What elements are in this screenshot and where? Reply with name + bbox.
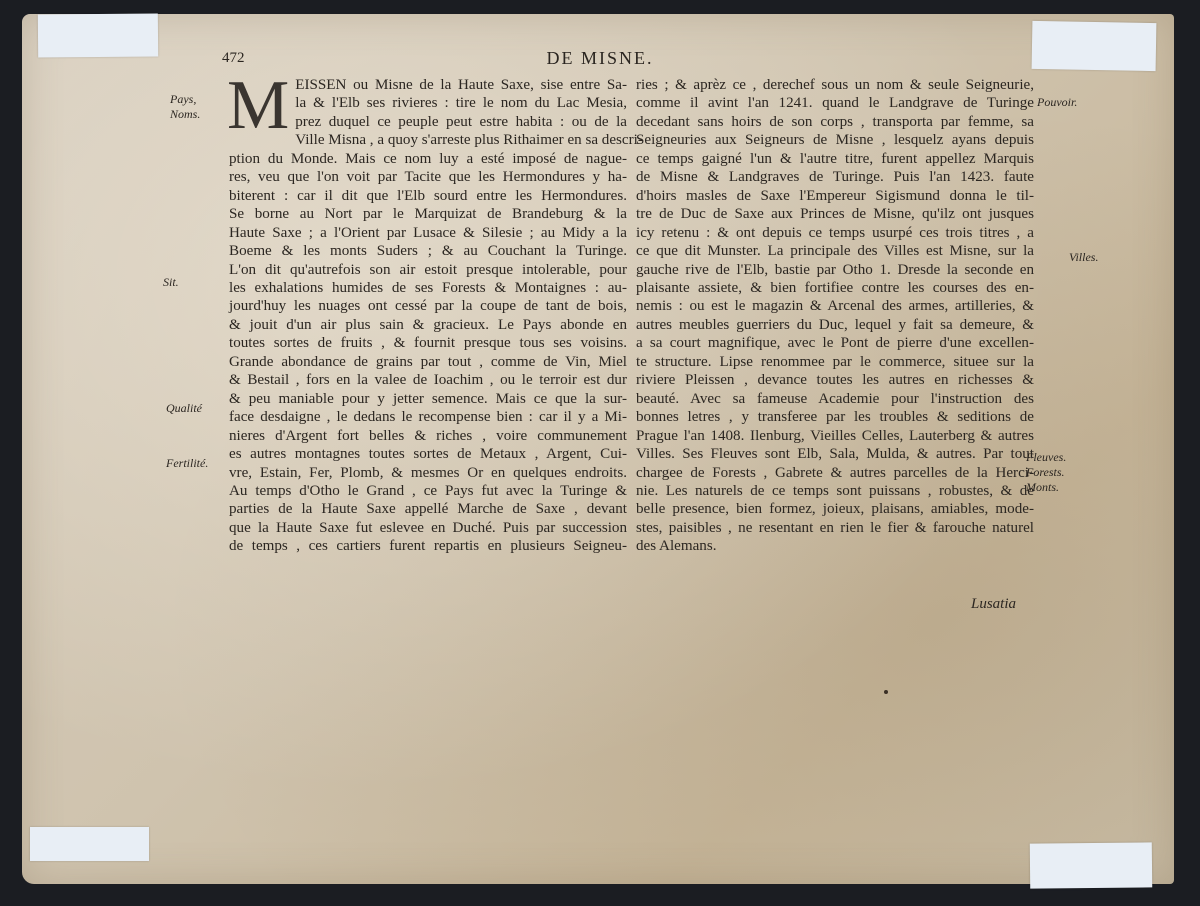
text-line: toutes sortes de fruits , & fournit pres…: [229, 334, 627, 352]
text-line: Haute Saxe ; a l'Orient par Lusace & Sil…: [229, 224, 627, 242]
text-line: autres meubles guerriers du Duc, lequel …: [636, 316, 1034, 334]
text-line: beauté. Avec sa fameuse Academie pour l'…: [636, 390, 1034, 408]
drop-cap: M: [227, 78, 289, 134]
text-line: belle presence, bien formez, joieux, pla…: [636, 500, 1034, 518]
text-line: parties de la Haute Saxe appellé Marche …: [229, 500, 627, 518]
margin-note-villes: Villes.: [1069, 250, 1098, 265]
margin-note-fertilite: Fertilité.: [166, 456, 208, 471]
left-text-column: M EISSEN ou Misne de la Haute Saxe, sise…: [229, 76, 627, 556]
text-line: L'on dit qu'autrefois son air estoit pre…: [229, 261, 627, 279]
text-line: nie. Les naturels de ce temps sont puiss…: [636, 482, 1034, 500]
tape-bottom-right: [1030, 842, 1152, 888]
text-line: Boeme & les monts Suders ; & au Couchant…: [229, 242, 627, 260]
text-line: bonnes letres , y transferee par les tro…: [636, 408, 1034, 426]
text-line: vre, Estain, Fer, Plomb, & mesmes Or en …: [229, 464, 627, 482]
margin-note-qualite: Qualité: [166, 401, 202, 416]
running-head: DE MISNE.: [0, 48, 1200, 69]
text-line: Prague l'an 1408. Ilenburg, Vieilles Cel…: [636, 427, 1034, 445]
text-line: plaisante assiete, & bien fortifiee cont…: [636, 279, 1034, 297]
text-line: a sa court magnifique, avec le Pont de p…: [636, 334, 1034, 352]
text-line: nemis : ou est le magazin & Arcenal des …: [636, 297, 1034, 315]
text-line: Grande abondance de grains par tout , co…: [229, 353, 627, 371]
reverse-map-label: Lusatia: [971, 596, 1016, 613]
text-line: tre de Duc de Saxe aux Princes de Misne,…: [636, 205, 1034, 223]
text-line: des Alemans.: [636, 537, 1034, 555]
text-line: ce temps gaigné l'un & l'autre titre, fu…: [636, 150, 1034, 168]
text-line: te structure. Lipse renommee par le comm…: [636, 353, 1034, 371]
text-line: ries ; & aprèz ce , derechef sous un nom…: [636, 76, 1034, 94]
text-line: Se borne au Nort par le Marquizat de Bra…: [229, 205, 627, 223]
margin-note-noms: Noms.: [170, 107, 200, 122]
text-line: de temps , ces cartiers furent repartis …: [229, 537, 627, 555]
text-line: nieres d'Argent fort belles & riches , v…: [229, 427, 627, 445]
paper-speck: [884, 690, 888, 694]
text-line: ce que dit Munster. La principale des Vi…: [636, 242, 1034, 260]
text-line: decedant sans hoirs de son corps , trans…: [636, 113, 1034, 131]
text-line: & peu maniable pour y jetter semence. Ma…: [229, 390, 627, 408]
text-line: res, veu que l'on voit par Tacite que le…: [229, 168, 627, 186]
tape-bottom-left: [30, 827, 149, 861]
text-line: stes, paisibles , ne resentant en rien l…: [636, 519, 1034, 537]
text-line: les exhalations humides de ses Forests &…: [229, 279, 627, 297]
margin-note-site: Sit.: [163, 275, 179, 290]
text-line: & jouit d'un air plus sain & gracieux. L…: [229, 316, 627, 334]
margin-note-pays-noms: Pays, Noms.: [170, 92, 200, 122]
margin-note-pays: Pays,: [170, 92, 200, 107]
text-line: chargee de Forests , Gabrete & autres pa…: [636, 464, 1034, 482]
text-line: biterent : car il dit que l'Elb sourd en…: [229, 187, 627, 205]
text-line: comme il avint l'an 1241. quand le Landg…: [636, 94, 1034, 112]
text-line: que la Haute Saxe fut eslevee en Duché. …: [229, 519, 627, 537]
text-line: d'hoirs masles de Saxe l'Empereur Sigism…: [636, 187, 1034, 205]
right-text-column: ries ; & aprèz ce , derechef sous un nom…: [636, 76, 1034, 556]
text-line: gauche rive de l'Elb, bastie par Otho 1.…: [636, 261, 1034, 279]
text-line: ption du Monde. Mais ce nom luy a esté i…: [229, 150, 627, 168]
text-line: de Misne & Landgraves de Turinge. Puis l…: [636, 168, 1034, 186]
text-line: face desdaigne , le dedans le recompense…: [229, 408, 627, 426]
text-line: Villes. Ses Fleuves sont Elb, Sala, Muld…: [636, 445, 1034, 463]
text-line: & Bestail , fors en la valee de Ioachim …: [229, 371, 627, 389]
margin-note-pouvoir: Pouvoir.: [1037, 95, 1077, 110]
text-line: riviere Pleissen , devance toutes les au…: [636, 371, 1034, 389]
text-line: es autres montagnes toutes sortes de Met…: [229, 445, 627, 463]
text-line: Seigneuries aux Seigneurs de Misne , les…: [636, 131, 1034, 149]
text-line: jourd'huy les nuages ont cessé par la co…: [229, 297, 627, 315]
text-line: icy retenu : & ont depuis ce temps usurp…: [636, 224, 1034, 242]
text-line: Au temps d'Otho le Grand , ce Pays fut a…: [229, 482, 627, 500]
